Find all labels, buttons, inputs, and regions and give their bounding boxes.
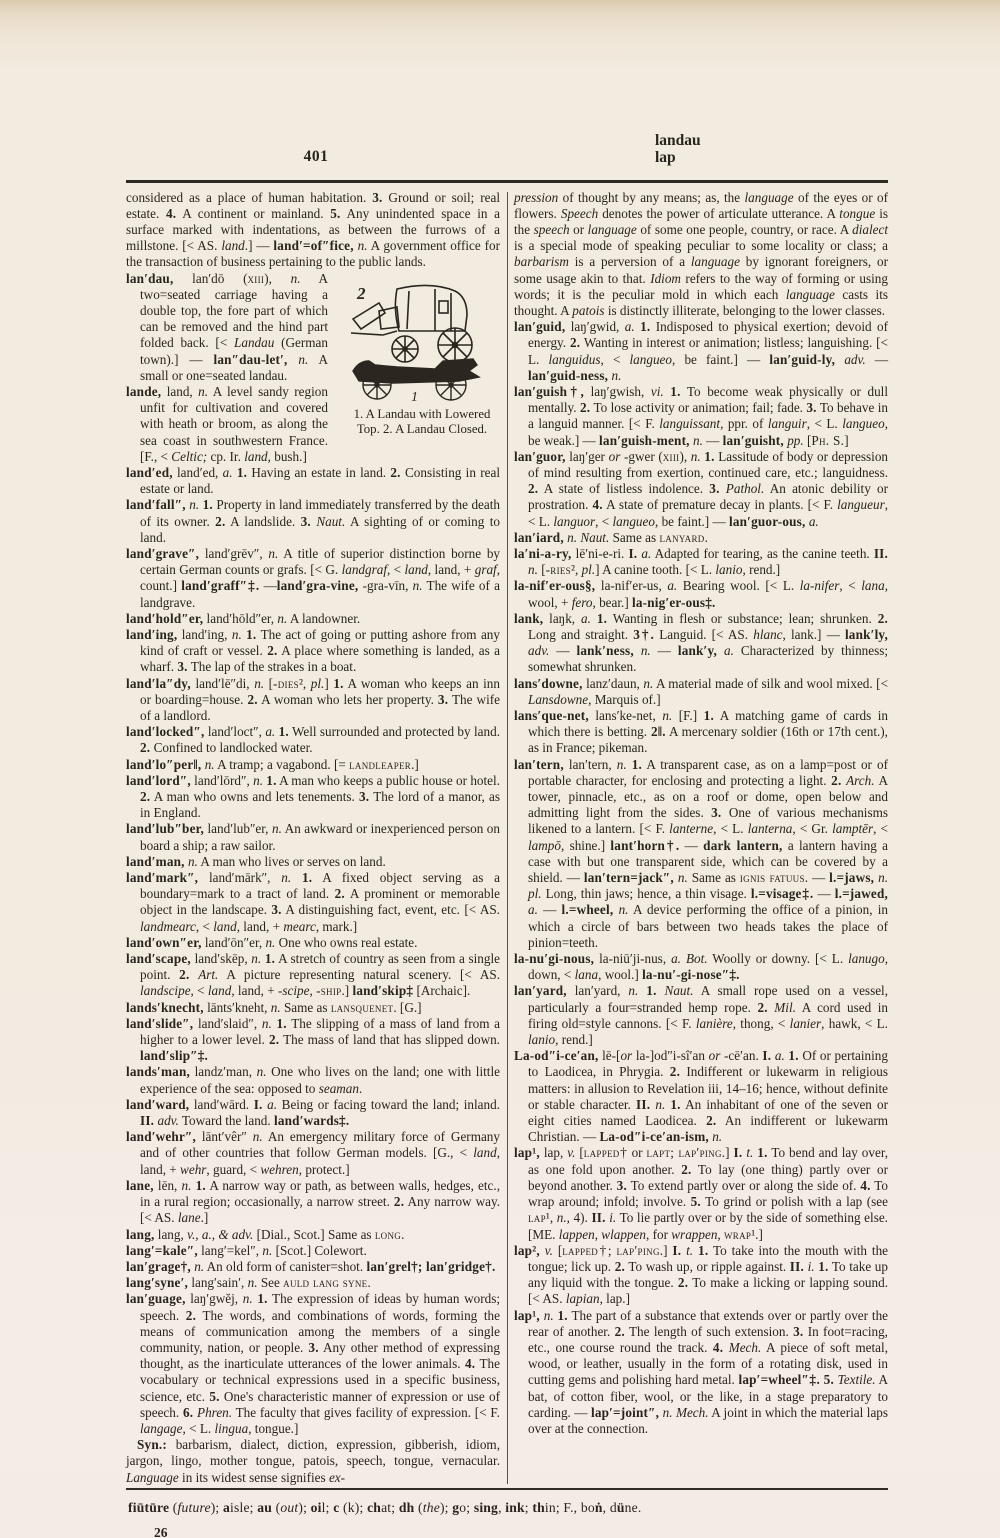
entry-landwehr: land′wehr″, lānt′vêr″ n. An emergency mi…	[126, 1129, 500, 1178]
bottom-rule	[126, 1488, 888, 1491]
entry-landgrave: land′grave″, land′grēv″, n. A title of s…	[126, 546, 500, 611]
entry-lanuginous: la-nu′gi-nous, la-niū′ji-nus, a. Bot. Wo…	[514, 951, 888, 983]
pronunciation-key: fiūtūre (future); aisle; au (out); oil; …	[126, 1500, 888, 1516]
entry-landlady: land′la″dy, land′lē″di, n. [-dies², pl.]…	[126, 676, 500, 725]
entry-lank: lank, laŋk, a. 1. Wanting in flesh or su…	[514, 611, 888, 676]
entry-languor: lan′guor, laŋ′ger or -gwer (xiii), n. 1.…	[514, 449, 888, 530]
figure-caption: 1. A Landau with Lowered Top. 2. A Landa…	[336, 405, 500, 438]
entry-languid: lan′guid, laŋ′gwid, a. 1. Indisposed to …	[514, 319, 888, 384]
entry-lansdowne: lans′downe, lanz′daun, n. A material mad…	[514, 676, 888, 708]
entry-languish: lan′guish†, laŋ′gwish, vi. 1. To become …	[514, 384, 888, 449]
entry-lap1-verb: lap¹, lap, v. [lapped† or lapt; lap′ping…	[514, 1145, 888, 1242]
entry-laniary: la′ni-a-ry, lē′ni-e-ri. I. a. Adapted fo…	[514, 546, 888, 578]
landau-carriages-illustration: 2 1	[339, 273, 497, 405]
page-header: 401 landau lap	[126, 132, 888, 180]
entry-landslide: land′slide″, land′slaid″, n. 1. The slip…	[126, 1016, 500, 1065]
entry-landowner: land′own″er, land′ōn″er, n. One who owns…	[126, 935, 500, 951]
entry-laniard: lan′iard, n. Naut. Same as lanyard.	[514, 530, 888, 546]
entry-laodicean: La-od″i-ce′an, lē-[or la-]od″i-sî′an or …	[514, 1048, 888, 1145]
entry-lansquenet: lans′que-net, lans′ke-net, n. [F.] 1. A …	[514, 708, 888, 757]
dictionary-page-scan: 401 landau lap considered as a place of …	[0, 0, 1000, 1538]
entry-lantern: lan′tern, lan′tern, n. 1. A transparent …	[514, 757, 888, 951]
page-number: 401	[256, 148, 376, 166]
entry-landed: land′ed, land′ed, a. 1. Having an estate…	[126, 465, 500, 497]
entry-landward: land′ward, land′wārd. I. a. Being or fac…	[126, 1097, 500, 1129]
entry-language-syn-continued: pression of thought by any means; as, th…	[514, 190, 888, 320]
left-column: considered as a place of human habitatio…	[126, 190, 500, 1486]
entry-landlocked: land′locked″, land′loct″, a. 1. Well sur…	[126, 724, 500, 756]
entry-landlord: land′lord″, land′lōrd″, n. 1. A man who …	[126, 773, 500, 822]
figure-label-1: 1	[411, 390, 418, 405]
figure-label-2: 2	[356, 284, 366, 303]
entry-landmark: land′mark″, land′mārk″, n. 1. A fixed ob…	[126, 870, 500, 935]
right-column: pression of thought by any means; as, th…	[514, 190, 888, 1486]
entry-lap2-verb: lap², v. [lapped†; lap′ping.] I. t. 1. T…	[514, 1243, 888, 1308]
entry-landing: land′ing, land′ing, n. 1. The act of goi…	[126, 627, 500, 676]
top-rule	[126, 180, 888, 183]
entry-langrage: lan′grage†, n. An old form of canister=s…	[126, 1259, 500, 1275]
running-head-last-word: lap	[655, 149, 701, 166]
entry-land-continued: considered as a place of human habitatio…	[126, 190, 500, 271]
entry-langsyne: lang′syne′, lang′sain′, n. See auld lang…	[126, 1275, 500, 1291]
footer-page-number: 26	[154, 1525, 888, 1538]
entry-landman: land′man, n. A man who lives or serves o…	[126, 854, 500, 870]
entry-lang-kale: lang′=kale″, lang′=kel″, n. [Scot.] Cole…	[126, 1243, 500, 1259]
entry-landlubber: land′lub″ber, land′lub″er, n. An awkward…	[126, 821, 500, 853]
entry-lanyard: lan′yard, lan′yard, n. 1. Naut. A small …	[514, 983, 888, 1048]
entry-landsman: lands′man, landz′man, n. One who lives o…	[126, 1064, 500, 1096]
text-columns: considered as a place of human habitatio…	[126, 190, 888, 1486]
entry-lane: lane, lēn, n. 1. A narrow way or path, a…	[126, 1178, 500, 1227]
entry-lang: lang, lang, v., a., & adv. [Dial., Scot.…	[126, 1227, 500, 1243]
entry-lap1-noun: lap¹, n. 1. The part of a substance that…	[514, 1308, 888, 1438]
entry-language: lan′guage, laŋ′gwĕj, n. 1. The expressio…	[126, 1291, 500, 1437]
entry-landscape: land′scape, land′skēp, n. 1. A stretch o…	[126, 951, 500, 1000]
landau-figure: 2 1 1. A Landau with Lowered Top. 2. A L…	[336, 273, 500, 438]
entry-language-syn: Syn.: barbarism, dialect, diction, expre…	[126, 1437, 500, 1486]
entry-landsknecht: lands′knecht, lānts′kneht, n. Same as la…	[126, 1000, 500, 1016]
entry-landloper: land′lo″per‖, n. A tramp; a vagabond. [=…	[126, 757, 500, 773]
running-head: landau lap	[655, 132, 701, 166]
column-divider-rule	[507, 192, 508, 1484]
entry-landholder: land′hold″er, land′hōld″er, n. A landown…	[126, 611, 500, 627]
entry-landfall: land′fall″, n. 1. Property in land immed…	[126, 497, 500, 546]
entry-laniferous: la-nif′er-ous§, la-nif′er-us, a. Bearing…	[514, 578, 888, 610]
running-head-first-word: landau	[655, 132, 701, 149]
